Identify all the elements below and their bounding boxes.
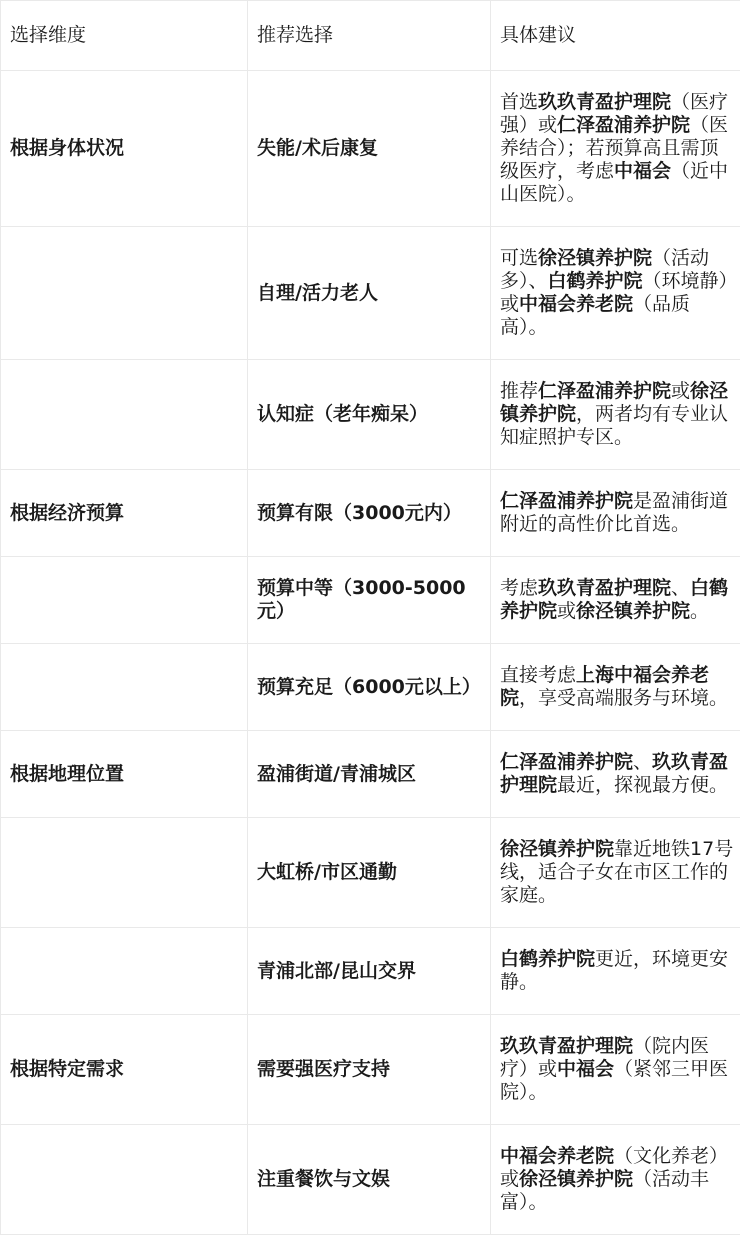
facility-name: 白鹤养护院 xyxy=(500,948,595,970)
facility-name: 中福会养老院 xyxy=(519,293,633,315)
facility-name: 仁泽盈浦养护院 xyxy=(500,490,633,512)
dimension-cell xyxy=(1,227,248,360)
facility-name: 徐泾镇养护院 xyxy=(500,838,614,860)
facility-name: 中福会 xyxy=(557,1058,614,1080)
advice-cell: 玖玖青盈护理院（院内医疗）或中福会（紧邻三甲医院）。 xyxy=(491,1015,740,1125)
facility-name: 中福会 xyxy=(614,160,671,182)
facility-name: 仁泽盈浦养护院 xyxy=(538,380,671,402)
choice-cell: 预算有限（3000元内） xyxy=(248,470,491,557)
advice-cell: 白鹤养护院更近，环境更安静。 xyxy=(491,928,740,1015)
page: 选择维度 推荐选择 具体建议 根据身体状况失能/术后康复首选玖玖青盈护理院（医疗… xyxy=(0,0,740,1235)
dimension-cell: 根据特定需求 xyxy=(1,1015,248,1125)
table-row: 根据身体状况失能/术后康复首选玖玖青盈护理院（医疗强）或仁泽盈浦养护院（医养结合… xyxy=(1,71,740,227)
column-header-advice: 具体建议 xyxy=(491,1,740,71)
table-row: 根据经济预算预算有限（3000元内）仁泽盈浦养护院是盈浦街道附近的高性价比首选。 xyxy=(1,470,740,557)
choice-cell: 青浦北部/昆山交界 xyxy=(248,928,491,1015)
advice-text: 直接考虑 xyxy=(500,664,576,686)
advice-cell: 仁泽盈浦养护院是盈浦街道附近的高性价比首选。 xyxy=(491,470,740,557)
choice-cell: 大虹桥/市区通勤 xyxy=(248,818,491,928)
facility-name: 玖玖青盈护理院 xyxy=(500,1035,633,1057)
advice-text: 可选 xyxy=(500,247,538,269)
dimension-cell xyxy=(1,818,248,928)
advice-cell: 徐泾镇养护院靠近地铁17号线，适合子女在市区工作的家庭。 xyxy=(491,818,740,928)
facility-name: 徐泾镇养护院 xyxy=(519,1168,633,1190)
dimension-cell xyxy=(1,557,248,644)
table-row: 预算中等（3000-5000元）考虑玖玖青盈护理院、白鹤养护院或徐泾镇养护院。 xyxy=(1,557,740,644)
dimension-cell: 根据地理位置 xyxy=(1,731,248,818)
advice-cell: 首选玖玖青盈护理院（医疗强）或仁泽盈浦养护院（医养结合）；若预算高且需顶级医疗，… xyxy=(491,71,740,227)
facility-name: 徐泾镇养护院 xyxy=(538,247,652,269)
dimension-cell xyxy=(1,1125,248,1235)
facility-name: 中福会养老院 xyxy=(500,1145,614,1167)
advice-text: 。 xyxy=(690,600,709,622)
header-row: 选择维度 推荐选择 具体建议 xyxy=(1,1,740,71)
table-body: 根据身体状况失能/术后康复首选玖玖青盈护理院（医疗强）或仁泽盈浦养护院（医养结合… xyxy=(1,71,740,1235)
dimension-cell xyxy=(1,360,248,470)
choice-cell: 需要强医疗支持 xyxy=(248,1015,491,1125)
table-row: 认知症（老年痴呆）推荐仁泽盈浦养护院或徐泾镇养护院，两者均有专业认知症照护专区。 xyxy=(1,360,740,470)
facility-name: 玖玖青盈护理院 xyxy=(538,91,671,113)
facility-name: 仁泽盈浦养护院 xyxy=(500,751,633,773)
facility-name: 徐泾镇养护院 xyxy=(576,600,690,622)
advice-cell: 可选徐泾镇养护院（活动多）、白鹤养护院（环境静）或中福会养老院（品质高）。 xyxy=(491,227,740,360)
choice-cell: 预算中等（3000-5000元） xyxy=(248,557,491,644)
advice-text: 或 xyxy=(671,380,690,402)
column-header-choice: 推荐选择 xyxy=(248,1,491,71)
choice-cell: 认知症（老年痴呆） xyxy=(248,360,491,470)
table-row: 青浦北部/昆山交界白鹤养护院更近，环境更安静。 xyxy=(1,928,740,1015)
advice-cell: 推荐仁泽盈浦养护院或徐泾镇养护院，两者均有专业认知症照护专区。 xyxy=(491,360,740,470)
table-row: 大虹桥/市区通勤徐泾镇养护院靠近地铁17号线，适合子女在市区工作的家庭。 xyxy=(1,818,740,928)
facility-name: 白鹤养护院 xyxy=(548,270,643,292)
advice-text: 、 xyxy=(671,577,690,599)
advice-text: ，享受高端服务与环境。 xyxy=(519,687,728,709)
facility-name: 仁泽盈浦养护院 xyxy=(557,114,690,136)
choice-cell: 预算充足（6000元以上） xyxy=(248,644,491,731)
choice-cell: 自理/活力老人 xyxy=(248,227,491,360)
advice-cell: 中福会养老院（文化养老）或徐泾镇养护院（活动丰富）。 xyxy=(491,1125,740,1235)
elder-care-selection-table: 选择维度 推荐选择 具体建议 根据身体状况失能/术后康复首选玖玖青盈护理院（医疗… xyxy=(0,0,740,1235)
advice-text: 考虑 xyxy=(500,577,538,599)
table-row: 注重餐饮与文娱中福会养老院（文化养老）或徐泾镇养护院（活动丰富）。 xyxy=(1,1125,740,1235)
column-header-dimension: 选择维度 xyxy=(1,1,248,71)
advice-cell: 考虑玖玖青盈护理院、白鹤养护院或徐泾镇养护院。 xyxy=(491,557,740,644)
facility-name: 玖玖青盈护理院 xyxy=(538,577,671,599)
advice-text: 最近，探视最方便。 xyxy=(557,774,728,796)
dimension-cell: 根据身体状况 xyxy=(1,71,248,227)
choice-cell: 盈浦街道/青浦城区 xyxy=(248,731,491,818)
table-row: 自理/活力老人可选徐泾镇养护院（活动多）、白鹤养护院（环境静）或中福会养老院（品… xyxy=(1,227,740,360)
table-row: 预算充足（6000元以上）直接考虑上海中福会养老院，享受高端服务与环境。 xyxy=(1,644,740,731)
advice-cell: 仁泽盈浦养护院、玖玖青盈护理院最近，探视最方便。 xyxy=(491,731,740,818)
dimension-cell xyxy=(1,644,248,731)
advice-text: 、 xyxy=(633,751,652,773)
advice-text: 首选 xyxy=(500,91,538,113)
choice-cell: 注重餐饮与文娱 xyxy=(248,1125,491,1235)
advice-cell: 直接考虑上海中福会养老院，享受高端服务与环境。 xyxy=(491,644,740,731)
table-row: 根据地理位置盈浦街道/青浦城区仁泽盈浦养护院、玖玖青盈护理院最近，探视最方便。 xyxy=(1,731,740,818)
dimension-cell: 根据经济预算 xyxy=(1,470,248,557)
advice-text: 推荐 xyxy=(500,380,538,402)
advice-text: 或 xyxy=(557,600,576,622)
choice-cell: 失能/术后康复 xyxy=(248,71,491,227)
table-row: 根据特定需求需要强医疗支持玖玖青盈护理院（院内医疗）或中福会（紧邻三甲医院）。 xyxy=(1,1015,740,1125)
dimension-cell xyxy=(1,928,248,1015)
